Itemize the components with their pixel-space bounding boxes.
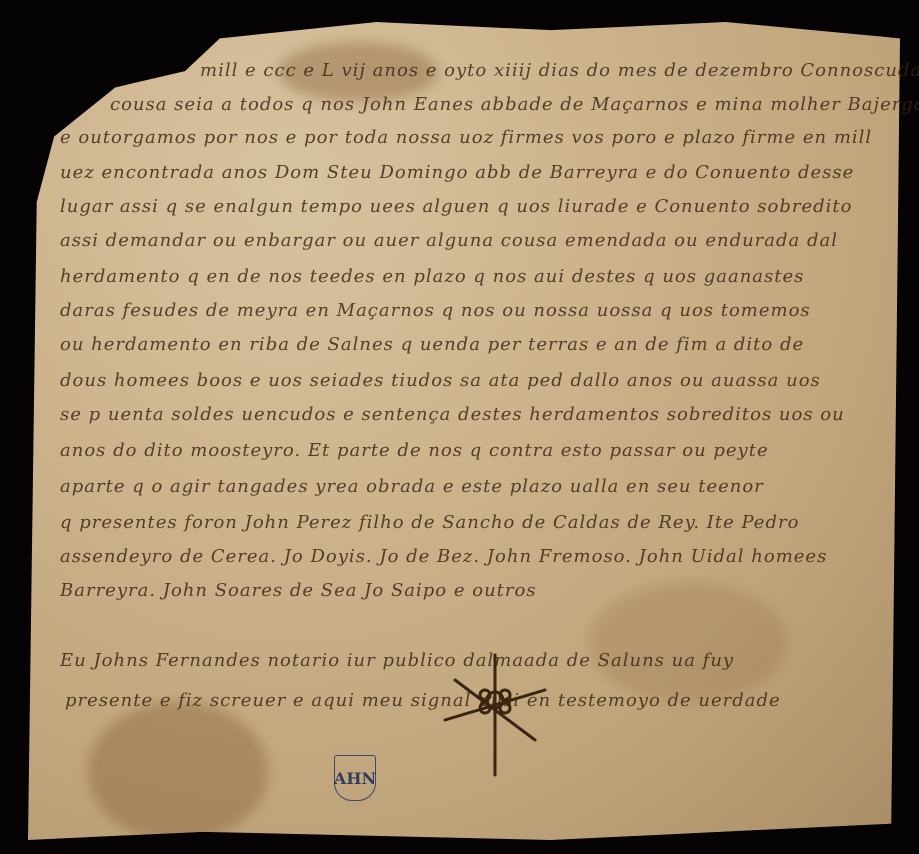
- text-line: e outorgamos por nos e por toda nossa uo…: [60, 127, 889, 148]
- water-stain: [88, 702, 268, 842]
- text-line: mill e ccc e L vij anos e oyto xiiij dia…: [200, 60, 889, 81]
- text-line: assi demandar ou enbargar ou auer alguna…: [60, 230, 889, 251]
- notary-sign-icon: [440, 650, 550, 780]
- text-line: assendeyro de Cerea. Jo Doyis. Jo de Bez…: [60, 546, 889, 567]
- text-line: dous homees boos e uos seiades tiudos sa…: [60, 370, 889, 391]
- text-line: cousa seia a todos q nos John Eanes abba…: [110, 94, 889, 115]
- text-line: aparte q o agir tangades yrea obrada e e…: [60, 476, 889, 497]
- text-line: daras fesudes de meyra en Maçarnos q nos…: [60, 300, 889, 321]
- text-line: ou herdamento en riba de Salnes q uenda …: [60, 334, 889, 355]
- text-line: anos do dito moosteyro. Et parte de nos …: [60, 440, 889, 461]
- text-line: Barreyra. John Soares de Sea Jo Saipo e …: [60, 580, 889, 601]
- text-line: lugar assi q se enalgun tempo uees algue…: [60, 196, 889, 217]
- text-line: uez encontrada anos Dom Steu Domingo abb…: [60, 162, 889, 183]
- text-line: herdamento q en de nos teedes en plazo q…: [60, 266, 889, 287]
- text-line: se p uenta soldes uencudos e sentença de…: [60, 404, 889, 425]
- text-line: q presentes foron John Perez filho de Sa…: [60, 512, 889, 533]
- archive-stamp: AHN: [334, 755, 376, 801]
